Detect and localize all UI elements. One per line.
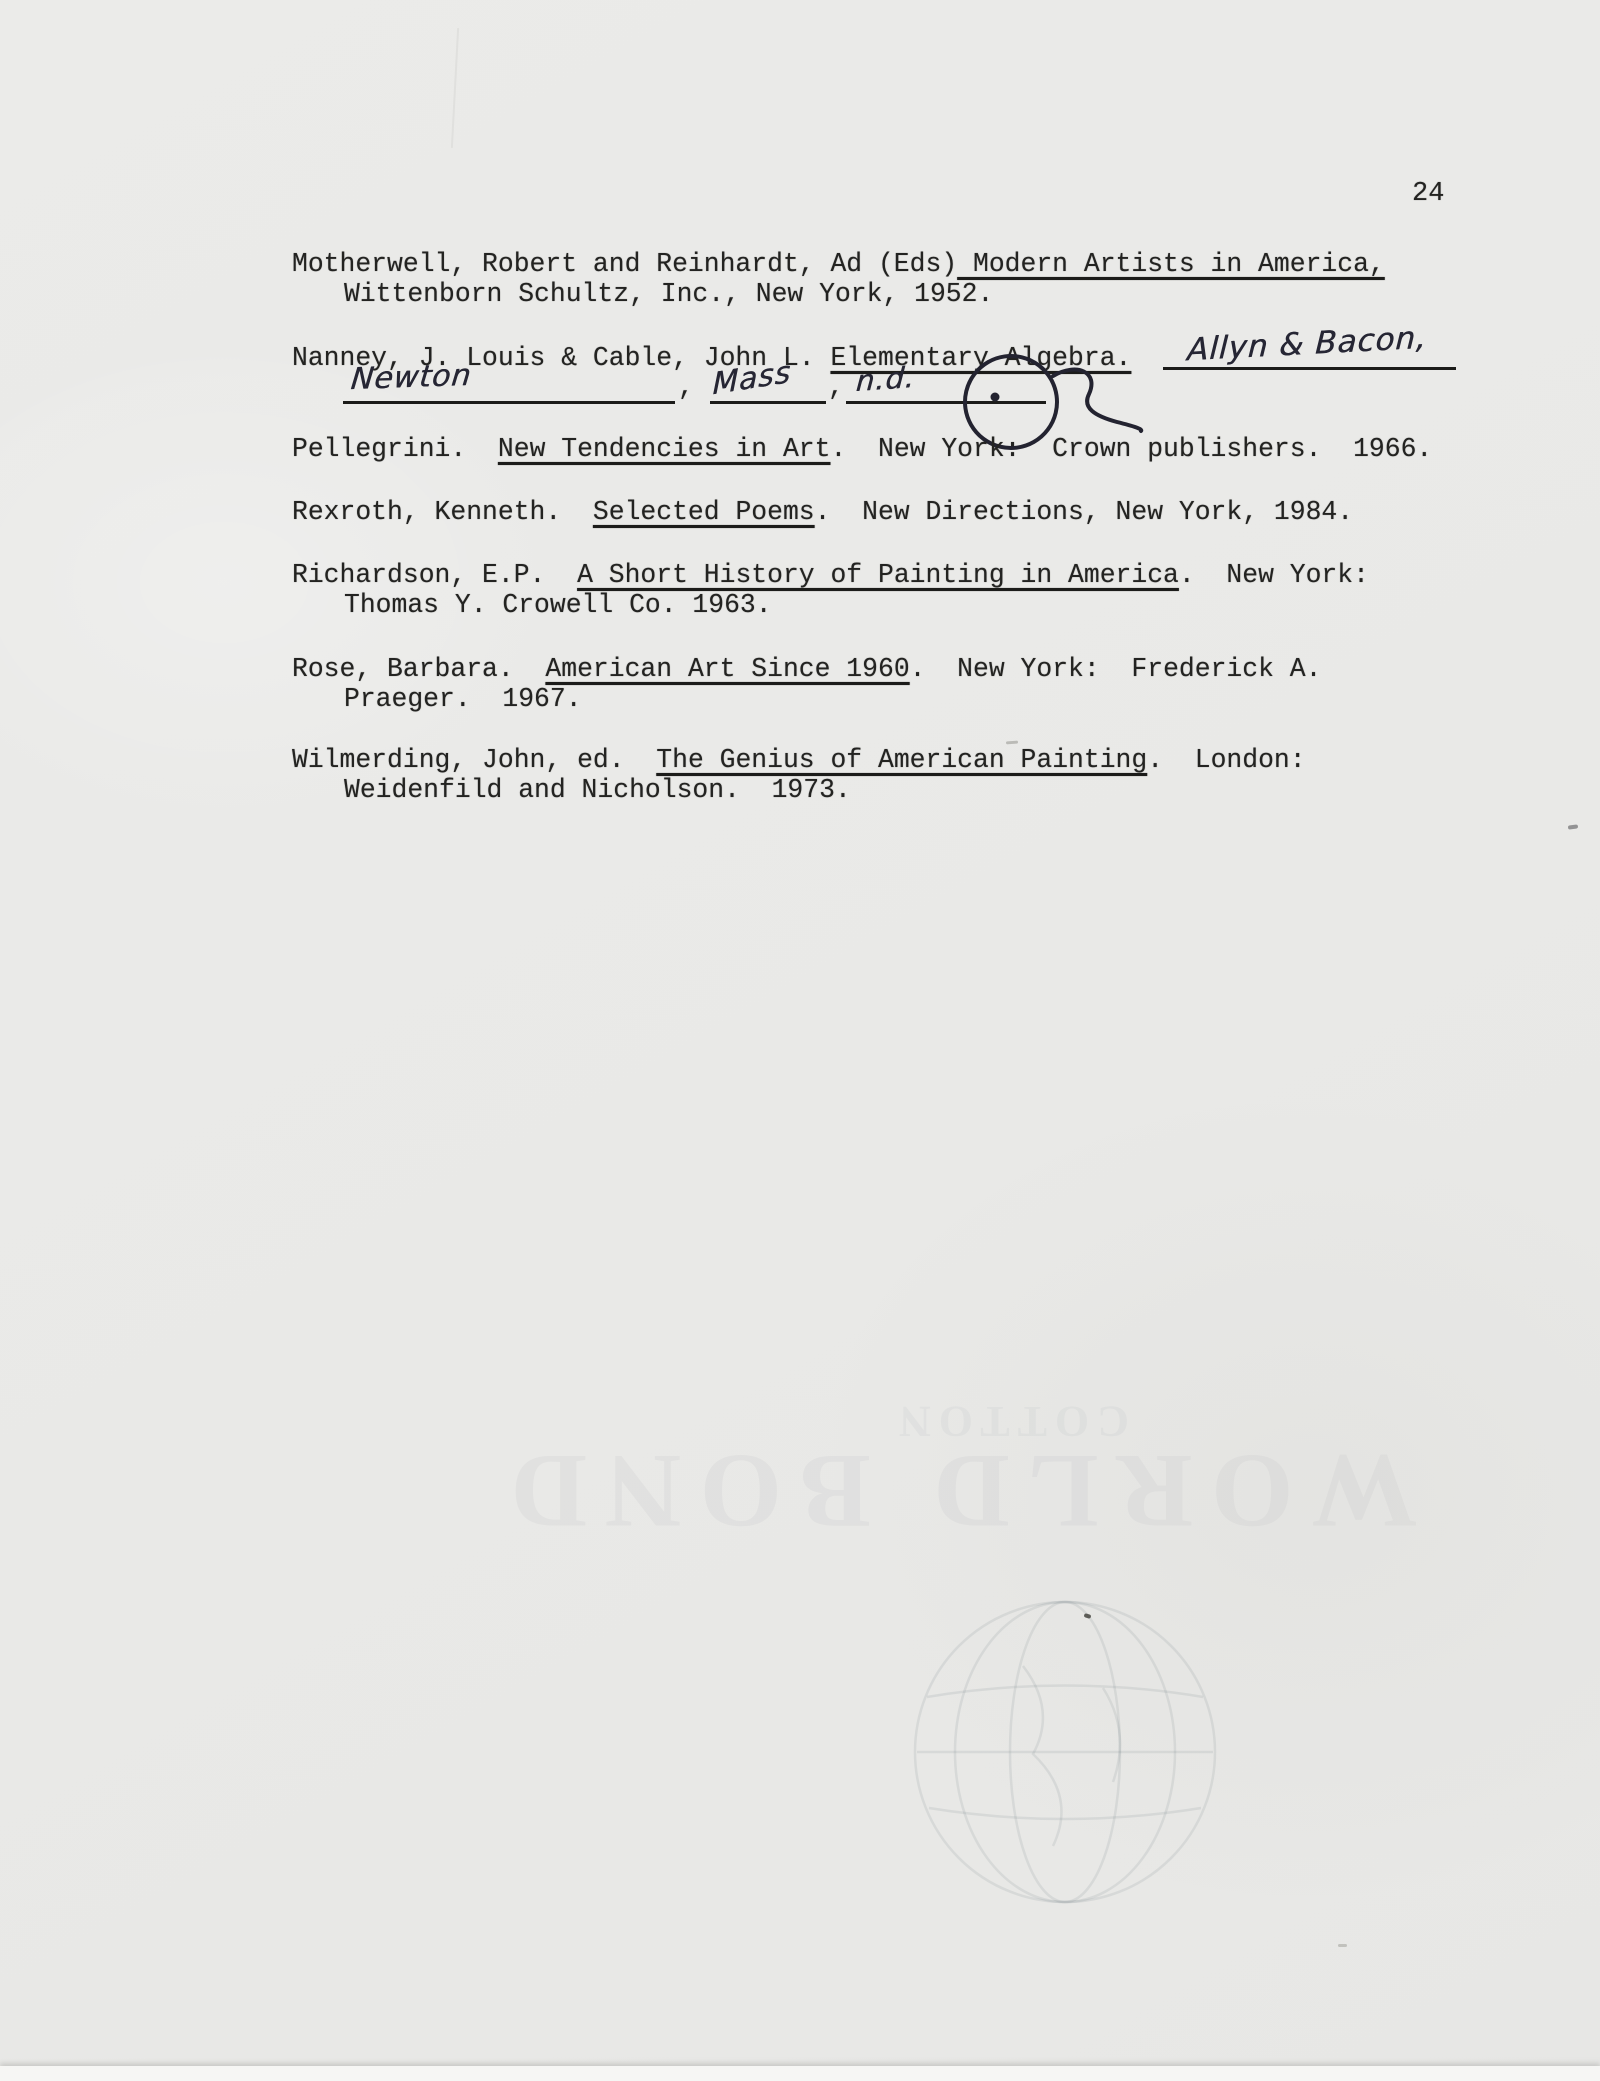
underlined-title: The Genius of American Painting	[656, 745, 1147, 775]
entry-imprint-text: Weidenfild and Nicholson. 1973.	[344, 775, 851, 805]
fill-in-blank-publisher: Allyn & Bacon,	[1163, 334, 1456, 370]
bib-entry-wilmerding-line1: Wilmerding, John, ed. The Genius of Amer…	[292, 745, 1306, 775]
entry-imprint-text: . New Directions, New York, 1984.	[815, 497, 1353, 527]
entry-author-text: Pellegrini.	[292, 434, 498, 464]
smudge-mark	[1006, 741, 1018, 745]
bib-entry-richardson-line2: Thomas Y. Crowell Co. 1963.	[344, 590, 772, 620]
document-scan: { "page": { "number": "24" }, "bibliogra…	[0, 0, 1600, 2081]
fill-in-blank-state: Mass	[710, 367, 826, 404]
typed-comma: ,	[828, 372, 844, 402]
scan-bottom-edge	[0, 2066, 1600, 2081]
watermark-brand-text: WORLD BOND	[450, 1430, 1460, 1552]
entry-imprint-text: . London:	[1147, 745, 1305, 775]
entry-imprint-text: Thomas Y. Crowell Co. 1963.	[344, 590, 772, 620]
entry-author-text: Rose, Barbara.	[292, 654, 545, 684]
typed-comma: ,	[678, 372, 694, 402]
underlined-title: American Art Since 1960	[545, 654, 909, 684]
handwritten-publisher: Allyn & Bacon,	[1186, 320, 1428, 369]
smudge-mark	[1338, 1944, 1347, 1947]
handwritten-date: n.d.	[855, 360, 916, 398]
entry-author-text: Motherwell, Robert and Reinhardt, Ad (Ed…	[292, 249, 957, 279]
underlined-title: New Tendencies in Art	[498, 434, 831, 464]
entry-imprint-text: Wittenborn Schultz, Inc., New York, 1952…	[344, 279, 993, 309]
underlined-title: A Short History of Painting in America	[577, 560, 1179, 590]
pencil-dash-mark	[1568, 824, 1578, 829]
bib-entry-motherwell-line2: Wittenborn Schultz, Inc., New York, 1952…	[344, 279, 993, 309]
handwritten-city: Newton	[349, 358, 473, 397]
bib-entry-rexroth: Rexroth, Kenneth. Selected Poems. New Di…	[292, 497, 1353, 527]
fill-in-blank-city: Newton	[343, 367, 675, 404]
underlined-title: Selected Poems	[593, 497, 815, 527]
entry-author-text: Rexroth, Kenneth.	[292, 497, 593, 527]
entry-imprint-text: Praeger. 1967.	[344, 684, 582, 714]
comma-text: ,	[678, 372, 694, 402]
page-number: 24	[1412, 179, 1444, 209]
entry-author-text: Wilmerding, John, ed.	[292, 745, 656, 775]
bib-entry-pellegrini: Pellegrini. New Tendencies in Art. New Y…	[292, 434, 1432, 464]
entry-imprint-text: . New York: Crown publishers. 1966.	[830, 434, 1432, 464]
bib-entry-rose-line2: Praeger. 1967.	[344, 684, 582, 714]
entry-author-text: Richardson, E.P.	[292, 560, 577, 590]
paper-page: COTTON WORLD BOND 24 Motherwell, Robert …	[0, 0, 1600, 2081]
underlined-title: Modern Artists in America,	[957, 249, 1385, 279]
bib-entry-wilmerding-line2: Weidenfild and Nicholson. 1973.	[344, 775, 851, 805]
scan-scratch	[451, 28, 459, 148]
entry-imprint-text: . New York: Frederick A.	[910, 654, 1322, 684]
comma-text: ,	[828, 372, 844, 402]
bib-entry-richardson-line1: Richardson, E.P. A Short History of Pain…	[292, 560, 1369, 590]
bib-entry-motherwell-line1: Motherwell, Robert and Reinhardt, Ad (Ed…	[292, 249, 1385, 279]
globe-watermark-icon	[905, 1592, 1225, 1912]
bib-entry-rose-line1: Rose, Barbara. American Art Since 1960. …	[292, 654, 1321, 684]
entry-imprint-text: . New York:	[1179, 560, 1369, 590]
